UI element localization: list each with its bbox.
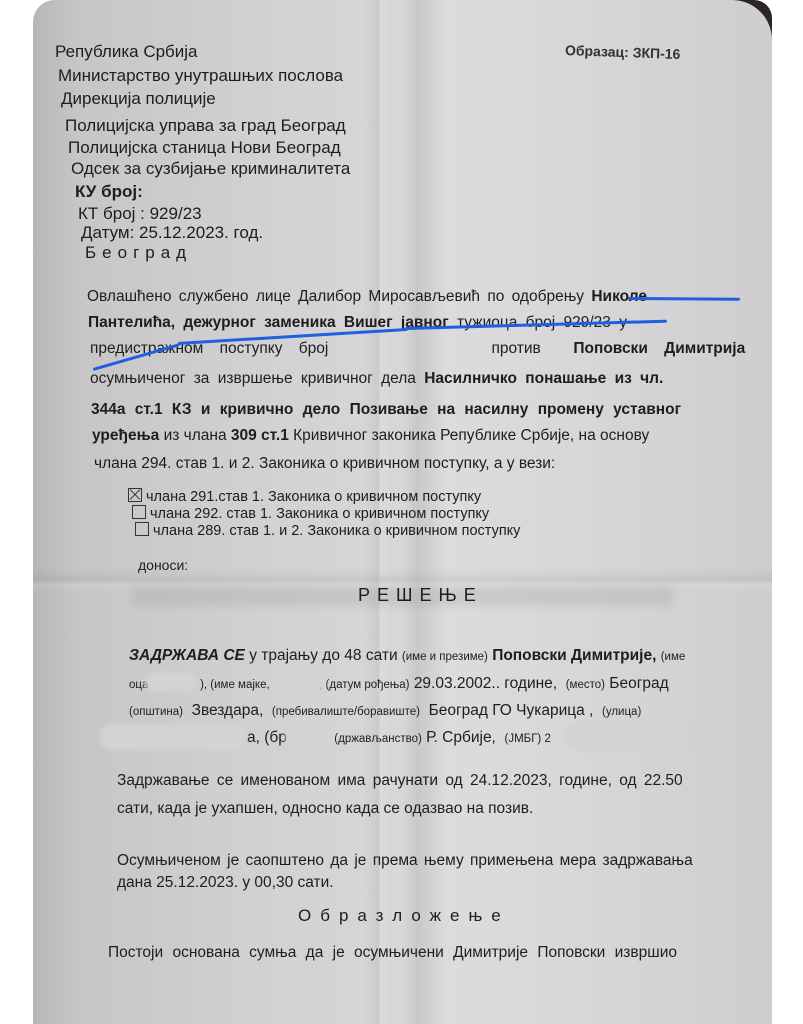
redaction [101, 724, 246, 750]
redaction [145, 672, 197, 692]
detention-start-line-1: Задржавање се именованом има рачунати од… [117, 772, 683, 790]
intro-line-1: Овлашћено службено лице Далибор Миросављ… [87, 288, 647, 306]
kt-number: КТ број : 929/23 [78, 205, 202, 223]
header-line: Дирекција полиције [61, 90, 216, 108]
decision-title: РЕШЕЊЕ [358, 586, 483, 604]
checkbox-unchecked[interactable] [135, 522, 149, 536]
informed-line-1: Осумњиченом је саопштено да је према њем… [117, 852, 693, 870]
donosi-label: доноси: [138, 556, 188, 574]
redaction [285, 726, 329, 748]
checkbox-item[interactable]: члана 292. став 1. Законика о кривичном … [132, 505, 489, 523]
checkbox-item[interactable]: члана 289. став 1. и 2. Законика о криви… [135, 522, 520, 540]
city: Београд [85, 244, 192, 262]
checkbox-unchecked[interactable] [132, 505, 146, 519]
decision-line-2: оца ), (име мајке, а, (датум рођења) 29.… [129, 675, 669, 694]
header-line: Полицијска станица Нови Београд [68, 139, 341, 157]
reasoning-line-1: Постоји основана сумња да је осумњичени … [108, 944, 677, 962]
intro-line-6: уређења из члана 309 ст.1 Кривичног зако… [92, 427, 649, 445]
intro-line-5: 344а ст.1 КЗ и кривично дело Позивање на… [91, 401, 681, 419]
document-photo: Република Србија Министарство унутрашњих… [33, 0, 772, 1024]
header-line: Одсек за сузбијање криминалитета [71, 160, 350, 178]
decision-line-1: ЗАДРЖАВА СЕ у трајању до 48 сати (име и … [129, 647, 685, 666]
informed-line-2: дана 25.12.2023. у 00,30 сати. [117, 874, 334, 892]
header-line: Република Србија [55, 43, 198, 61]
checkbox-item[interactable]: члана 291.став 1. Законика о кривичном п… [128, 488, 481, 506]
redaction [283, 672, 325, 692]
form-number: Образац: ЗКП-16 [565, 42, 681, 62]
document-date: Датум: 25.12.2023. год. [81, 224, 263, 242]
detention-start-line-2: сати, када је ухапшен, односно када се о… [117, 800, 533, 818]
header-line: Министарство унутрашњих послова [58, 67, 343, 85]
checkbox-checked[interactable] [128, 488, 142, 502]
reasoning-title: Образложење [298, 907, 510, 925]
ku-number-label: КУ број: [75, 183, 143, 201]
header-line: Полицијска управа за град Београд [65, 117, 346, 135]
redaction [566, 722, 686, 750]
intro-line-7: члана 294. став 1. и 2. Законика о криви… [94, 455, 555, 473]
intro-line-4: осумњиченог за извршење кривичног дела Н… [90, 370, 663, 388]
decision-line-3: (општина) Звездара, (пребивалиште/борави… [129, 702, 641, 721]
